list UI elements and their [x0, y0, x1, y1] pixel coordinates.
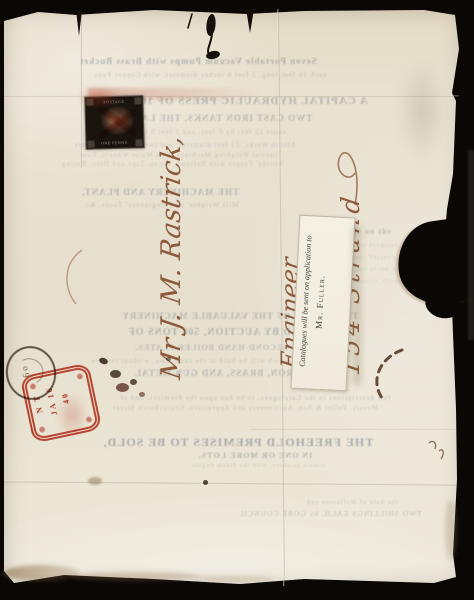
stamp-corner-letter	[135, 139, 142, 146]
edge-stain	[70, 572, 200, 581]
edge-stain	[195, 576, 275, 582]
label-shadow	[352, 225, 362, 385]
address-line-name: Mr J. M. Rastrick,	[158, 134, 185, 381]
show-through-line: situate as above, with the Steam Engine	[168, 463, 348, 469]
ink-spot	[166, 357, 171, 361]
stamp-corner-letter	[87, 141, 94, 148]
stamp-one-penny-text: ONE PENNY.	[99, 140, 130, 145]
gray-smudge	[398, 58, 446, 163]
fold-line-horizontal-mid	[250, 428, 455, 430]
ink-spot	[116, 383, 129, 392]
ink-numeral-2	[182, 8, 232, 60]
scan-edge-strip	[468, 150, 474, 340]
show-through-line: Messrs. Fuller & Son, Auctioneers and Ap…	[80, 405, 410, 412]
stamp-corner-star	[134, 97, 141, 104]
crease-spot	[203, 480, 208, 485]
pen-curl	[58, 246, 88, 308]
edge-stain	[445, 500, 457, 560]
catalogue-label: Catalogues will be sent on application t…	[290, 215, 355, 392]
ink-spot	[130, 379, 137, 385]
dashed-arc-mark	[362, 346, 408, 402]
red-ink-blot	[55, 392, 89, 438]
ink-spot	[110, 370, 121, 378]
ink-spot	[139, 392, 145, 397]
scan-background: Seven Portable Vacuum Pumps with Brass B…	[0, 0, 474, 600]
paper-notch	[76, 10, 82, 36]
crease-stain	[88, 477, 102, 485]
edge-stain	[4, 565, 79, 581]
show-through-line: THE FREEHOLD PREMISES TO BE SOLD,	[48, 436, 428, 448]
paper-notch	[246, 9, 254, 33]
show-through-line: TWO SHILLINGS EACH, by GORE COUNCIL	[200, 510, 460, 518]
penny-black-stamp: POSTAGE ONE PENNY.	[84, 95, 144, 150]
show-through-line: IN ONE OR MORE LOTS,	[155, 452, 355, 460]
cancel-blotch	[77, 85, 122, 110]
small-pen-marks	[425, 437, 447, 461]
show-through-line: the Sale of Wollaston and	[272, 500, 432, 507]
show-through-line: each 16 feet long, 2 feet 6 inches diame…	[55, 72, 365, 79]
pen-flourish	[325, 133, 365, 213]
